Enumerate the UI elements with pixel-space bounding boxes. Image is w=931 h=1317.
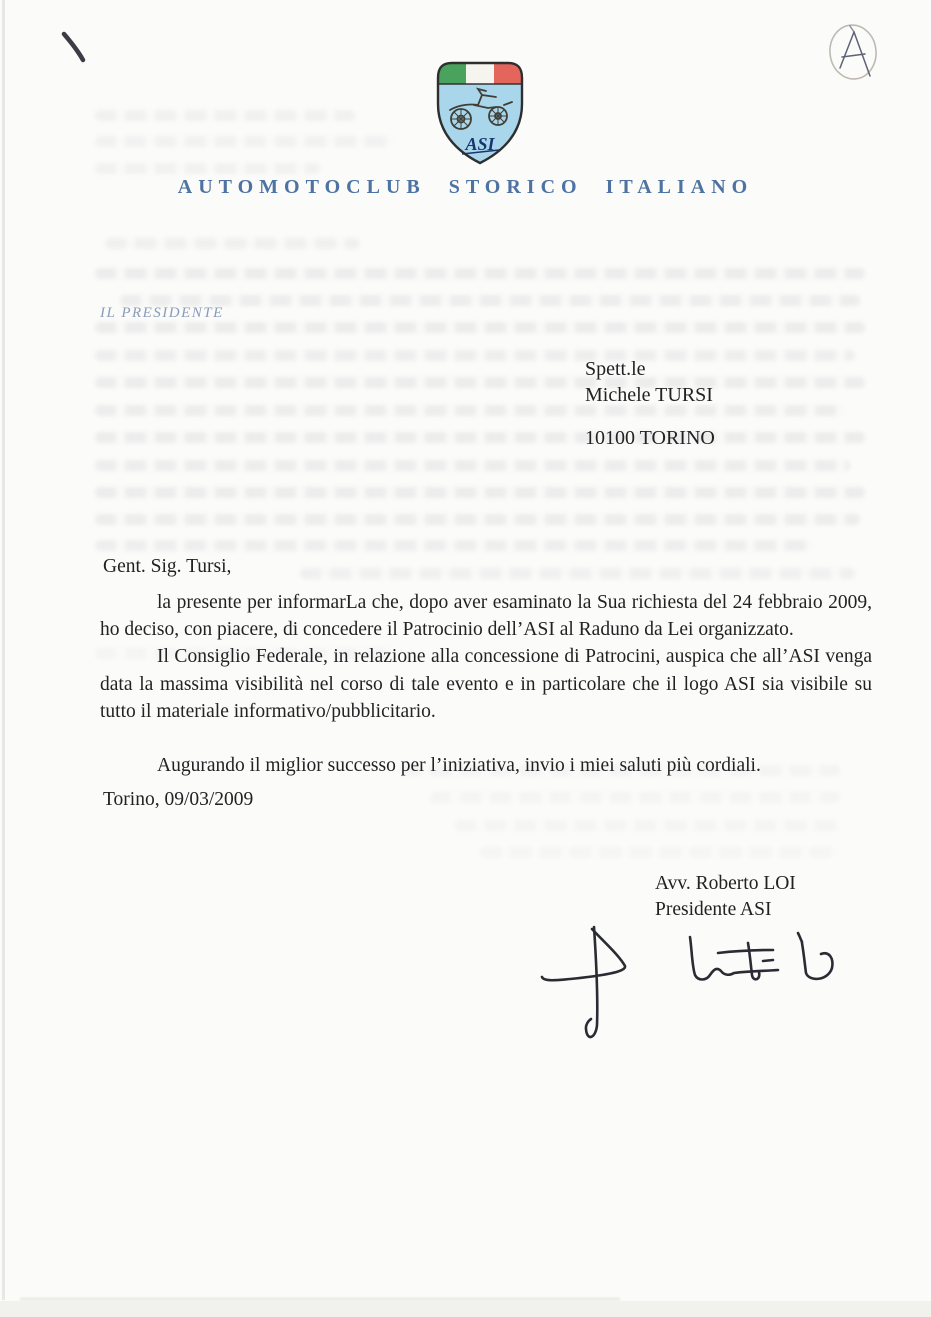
- scan-edge-bottom-shadow: [20, 1298, 620, 1300]
- bleed-through-line: [95, 514, 860, 525]
- recipient-name: Michele TURSI: [585, 382, 715, 408]
- recipient-honorific: Spett.le: [585, 356, 715, 382]
- pen-stroke-mark: [50, 22, 110, 77]
- bleed-through-line: [120, 295, 860, 306]
- bleed-through-line: [455, 820, 840, 831]
- bleed-through-line: [95, 322, 865, 333]
- bleed-through-line: [95, 163, 320, 174]
- organization-name: AUTOMOTOCLUB STORICO ITALIANO: [0, 176, 931, 199]
- letter-body: la presente per informarLa che, dopo ave…: [100, 589, 872, 779]
- sender-title: IL PRESIDENTE: [100, 305, 224, 322]
- letter-paragraph-3: Augurando il miglior successo per l’iniz…: [100, 752, 872, 779]
- bleed-through-line: [430, 792, 840, 803]
- bleed-through-line: [95, 377, 865, 388]
- bleed-through-line: [95, 540, 815, 551]
- bleed-through-line: [95, 268, 865, 279]
- scanned-letter-page: A ASI: [0, 0, 931, 1317]
- circled-letter-value: A: [818, 14, 819, 15]
- bleed-through-line: [480, 847, 840, 858]
- recipient-city: 10100 TORINO: [585, 425, 715, 451]
- signatory-name: Avv. Roberto LOI: [655, 871, 796, 897]
- signatory-title: Presidente ASI: [655, 897, 796, 923]
- letter-paragraph-2: Il Consiglio Federale, in relazione alla…: [100, 643, 872, 725]
- scan-edge-bottom: [0, 1301, 931, 1317]
- bleed-through-line: [300, 568, 855, 579]
- bleed-through-line: [95, 487, 865, 498]
- circled-letter-annotation: A: [818, 14, 894, 92]
- bleed-through-line: [95, 136, 395, 147]
- signature-block: Avv. Roberto LOI Presidente ASI: [655, 871, 796, 923]
- handwritten-signature: [540, 925, 880, 1065]
- bleed-through-line: [105, 238, 360, 249]
- asi-shield-logo: ASI: [430, 58, 530, 168]
- bleed-through-line: [95, 110, 355, 121]
- letter-greeting: Gent. Sig. Tursi,: [103, 556, 231, 578]
- bleed-through-line: [95, 405, 845, 416]
- recipient-gap: [585, 408, 715, 425]
- bleed-through-line: [95, 460, 850, 471]
- letter-paragraph-1: la presente per informarLa che, dopo ave…: [100, 589, 872, 643]
- bleed-through-line: [95, 350, 855, 361]
- bleed-through-line: [95, 432, 865, 443]
- recipient-block: Spett.le Michele TURSI 10100 TORINO: [585, 356, 715, 451]
- letter-dateline: Torino, 09/03/2009: [103, 789, 253, 811]
